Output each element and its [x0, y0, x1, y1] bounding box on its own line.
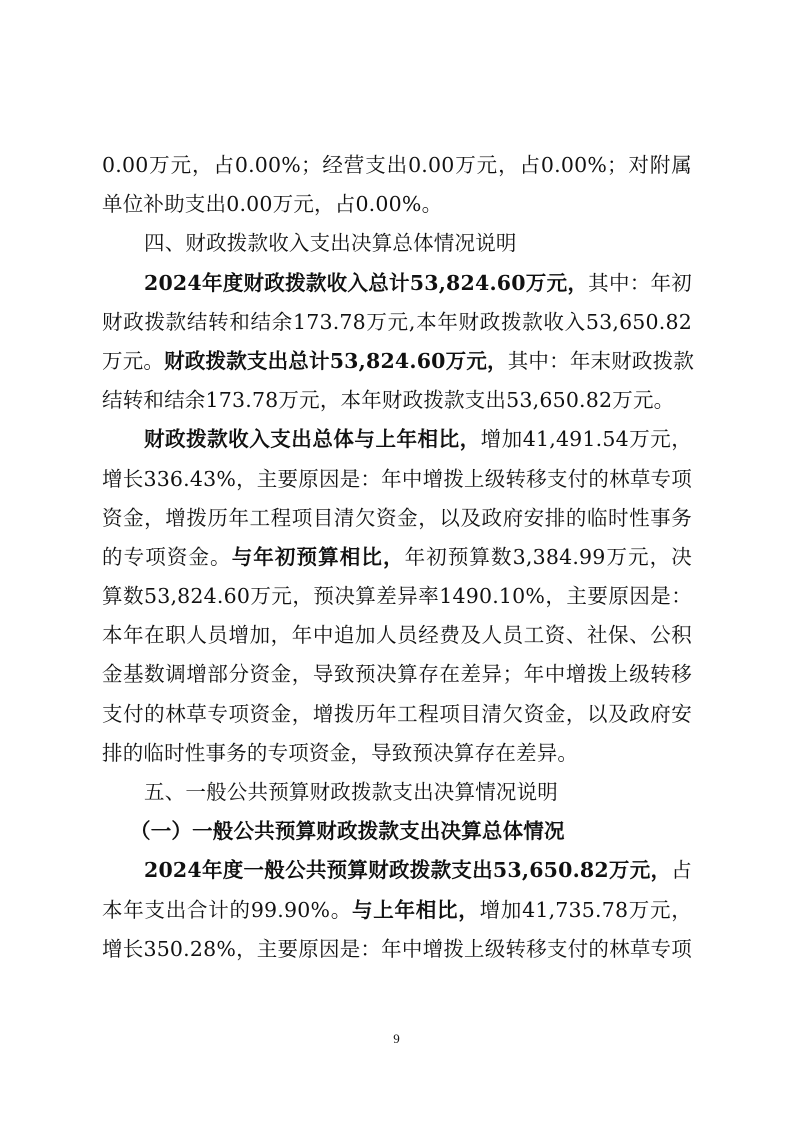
section-heading-4: 四、财政拨款收入支出决算总体情况说明: [102, 224, 692, 263]
bold-text: 2024年度财政拨款收入总计53,824.60万元，: [144, 271, 588, 295]
paragraph-line: 算数53,824.60万元，预决算差异率1490.10%，主要原因是：: [102, 577, 692, 616]
paragraph-line: 结转和结余173.78万元，本年财政拨款支出53,650.82万元。: [102, 381, 692, 420]
text: 增加41,491.54万元，: [481, 427, 692, 451]
paragraph-line: 排的临时性事务的专项资金，导致预决算存在差异。: [102, 734, 692, 773]
paragraph-line: 财政拨款收入支出总体与上年相比，增加41,491.54万元，: [102, 420, 692, 459]
bold-text: 2024年度一般公共预算财政拨款支出53,650.82万元，: [144, 858, 671, 882]
text: 占: [671, 858, 692, 882]
text: 增加41,735.78万元，: [480, 898, 692, 922]
text: 其中：年末财政拨款: [508, 349, 694, 373]
paragraph-line: 0.00万元，占0.00%；经营支出0.00万元，占0.00%；对附属: [102, 146, 692, 185]
paragraph-line: 增长336.43%，主要原因是：年中增拨上级转移支付的林草专项: [102, 460, 692, 499]
paragraph-line: 增长350.28%，主要原因是：年中增拨上级转移支付的林草专项: [102, 930, 692, 969]
paragraph-line: 的专项资金。与年初预算相比，年初预算数3,384.99万元，决: [102, 538, 692, 577]
text: 本年支出合计的99.90%。: [102, 898, 352, 922]
paragraph-line: 2024年度财政拨款收入总计53,824.60万元，其中：年初: [102, 264, 692, 303]
page-number: 9: [0, 1031, 793, 1047]
paragraph-line: 单位补助支出0.00万元，占0.00%。: [102, 185, 692, 224]
text: 年初预算数3,384.99万元，决: [405, 545, 692, 569]
paragraph-line: 资金，增拨历年工程项目清欠资金，以及政府安排的临时性事务: [102, 499, 692, 538]
paragraph-line: 财政拨款结转和结余173.78万元,本年财政拨款收入53,650.82: [102, 303, 692, 342]
text: 的专项资金。: [102, 545, 232, 569]
document-page: 0.00万元，占0.00%；经营支出0.00万元，占0.00%；对附属 单位补助…: [102, 146, 692, 969]
paragraph-line: 万元。财政拨款支出总计53,824.60万元，其中：年末财政拨款: [102, 342, 692, 381]
paragraph-line: 金基数调增部分资金，导致预决算存在差异；年中增拨上级转移: [102, 655, 692, 694]
bold-text: 与上年相比，: [352, 898, 480, 922]
bold-text: 财政拨款支出总计53,824.60万元，: [164, 349, 508, 373]
paragraph-line: 本年在职人员增加，年中追加人员经费及人员工资、社保、公积: [102, 616, 692, 655]
paragraph-line: 2024年度一般公共预算财政拨款支出53,650.82万元，占: [102, 851, 692, 890]
text: 其中：年初: [588, 271, 692, 295]
bold-text: 财政拨款收入支出总体与上年相比，: [144, 427, 481, 451]
paragraph-line: 本年支出合计的99.90%。与上年相比，增加41,735.78万元，: [102, 891, 692, 930]
bold-text: 与年初预算相比，: [232, 545, 405, 569]
section-heading-5: 五、一般公共预算财政拨款支出决算情况说明: [102, 773, 692, 812]
text: 万元。: [102, 349, 164, 373]
subsection-heading-5-1: （一）一般公共预算财政拨款支出决算总体情况: [102, 812, 692, 851]
paragraph-line: 支付的林草专项资金，增拨历年工程项目清欠资金，以及政府安: [102, 695, 692, 734]
